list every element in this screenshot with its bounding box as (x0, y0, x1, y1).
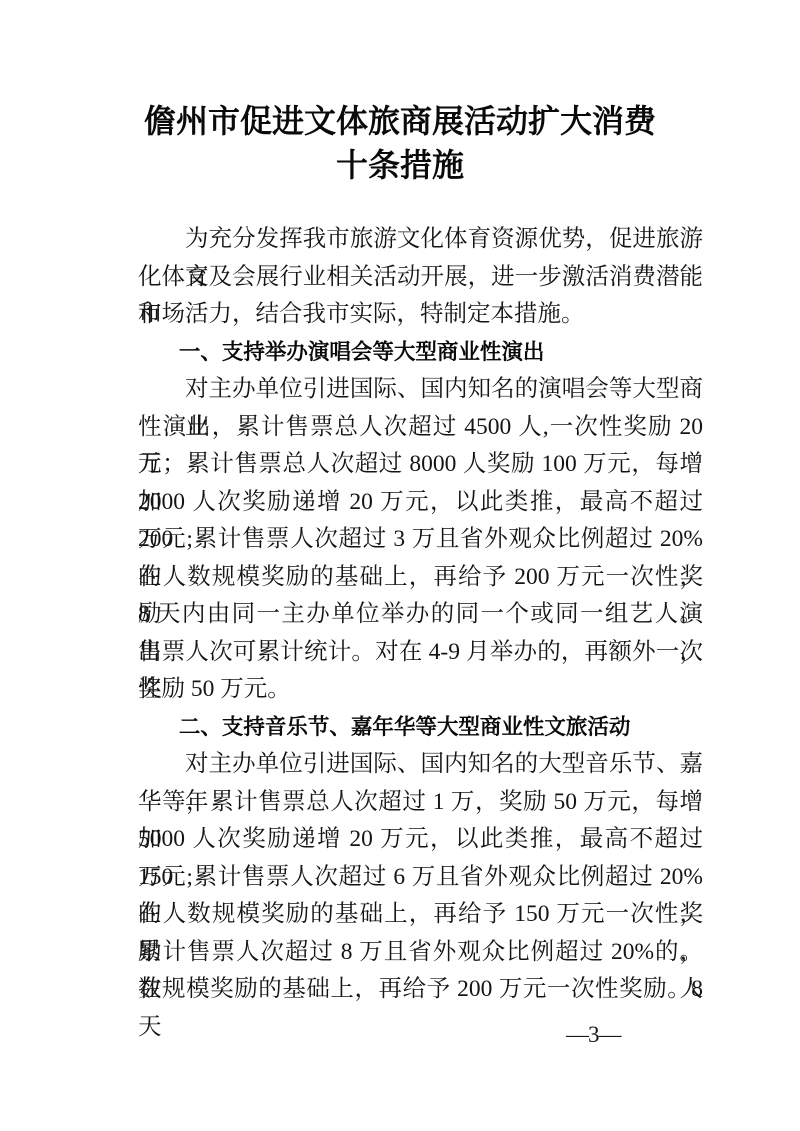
document-title-line-2: 十条措施 (0, 143, 800, 187)
document-line: 数规模奖励的基础上，再给予 200 万元一次性奖励。8 天 (138, 971, 703, 1009)
document-line: 累计售票人次超过 8 万且省外观众比例超过 20%的，在人 (138, 934, 703, 972)
section-heading: 二、支持音乐节、嘉年华等大型商业性文旅活动 (138, 709, 703, 747)
document-line: 化体育及会展行业相关活动开展，进一步激活消费潜能和 (138, 259, 703, 297)
document-page: 儋州市促进文体旅商展活动扩大消费 十条措施 为充分发挥我市旅游文化体育资源优势，… (0, 0, 800, 1131)
document-title: 儋州市促进文体旅商展活动扩大消费 十条措施 (0, 99, 800, 187)
document-line: 华等，累计售票总人次超过 1 万，奖励 50 万元，每增加 (138, 784, 703, 822)
document-line: 性演出，累计售票总人次超过 4500 人,一次性奖励 20 万 (138, 409, 703, 447)
document-line: 元；累计售票总人次超过 8000 人奖励 100 万元，每增加 (138, 446, 703, 484)
page-number: —3— (566, 1022, 621, 1048)
document-line: 奖励 50 万元。 (138, 671, 703, 709)
document-line: 2000 人次奖励递增 20 万元，以此类推，最高不超过 200 (138, 484, 703, 522)
document-line: 5000 人次奖励递增 20 万元，以此类推，最高不超过 150 (138, 821, 703, 859)
document-line: 对主办单位引进国际、国内知名的演唱会等大型商业 (138, 371, 703, 409)
document-line: 在人数规模奖励的基础上，再给予 150 万元一次性奖励。 (138, 896, 703, 934)
document-line: 8 天内由同一主办单位举办的同一个或同一组艺人演出， (138, 596, 703, 634)
document-title-line-1: 儋州市促进文体旅商展活动扩大消费 (0, 99, 800, 143)
document-line: 万元;累计售票人次超过 3 万且省外观众比例超过 20%的， (138, 521, 703, 559)
document-line: 在人数规模奖励的基础上，再给予 200 万元一次性奖励。 (138, 559, 703, 597)
document-line: 售票人次可累计统计。对在 4-9 月举办的，再额外一次性 (138, 634, 703, 672)
document-line: 万元;累计售票人次超过 6 万且省外观众比例超过 20%的， (138, 859, 703, 897)
document-line: 市场活力，结合我市实际，特制定本措施。 (138, 296, 703, 334)
document-line: 为充分发挥我市旅游文化体育资源优势，促进旅游文 (138, 221, 703, 259)
document-line: 对主办单位引进国际、国内知名的大型音乐节、嘉年 (138, 746, 703, 784)
section-heading: 一、支持举办演唱会等大型商业性演出 (138, 334, 703, 372)
document-body: 为充分发挥我市旅游文化体育资源优势，促进旅游文化体育及会展行业相关活动开展，进一… (138, 221, 703, 1009)
